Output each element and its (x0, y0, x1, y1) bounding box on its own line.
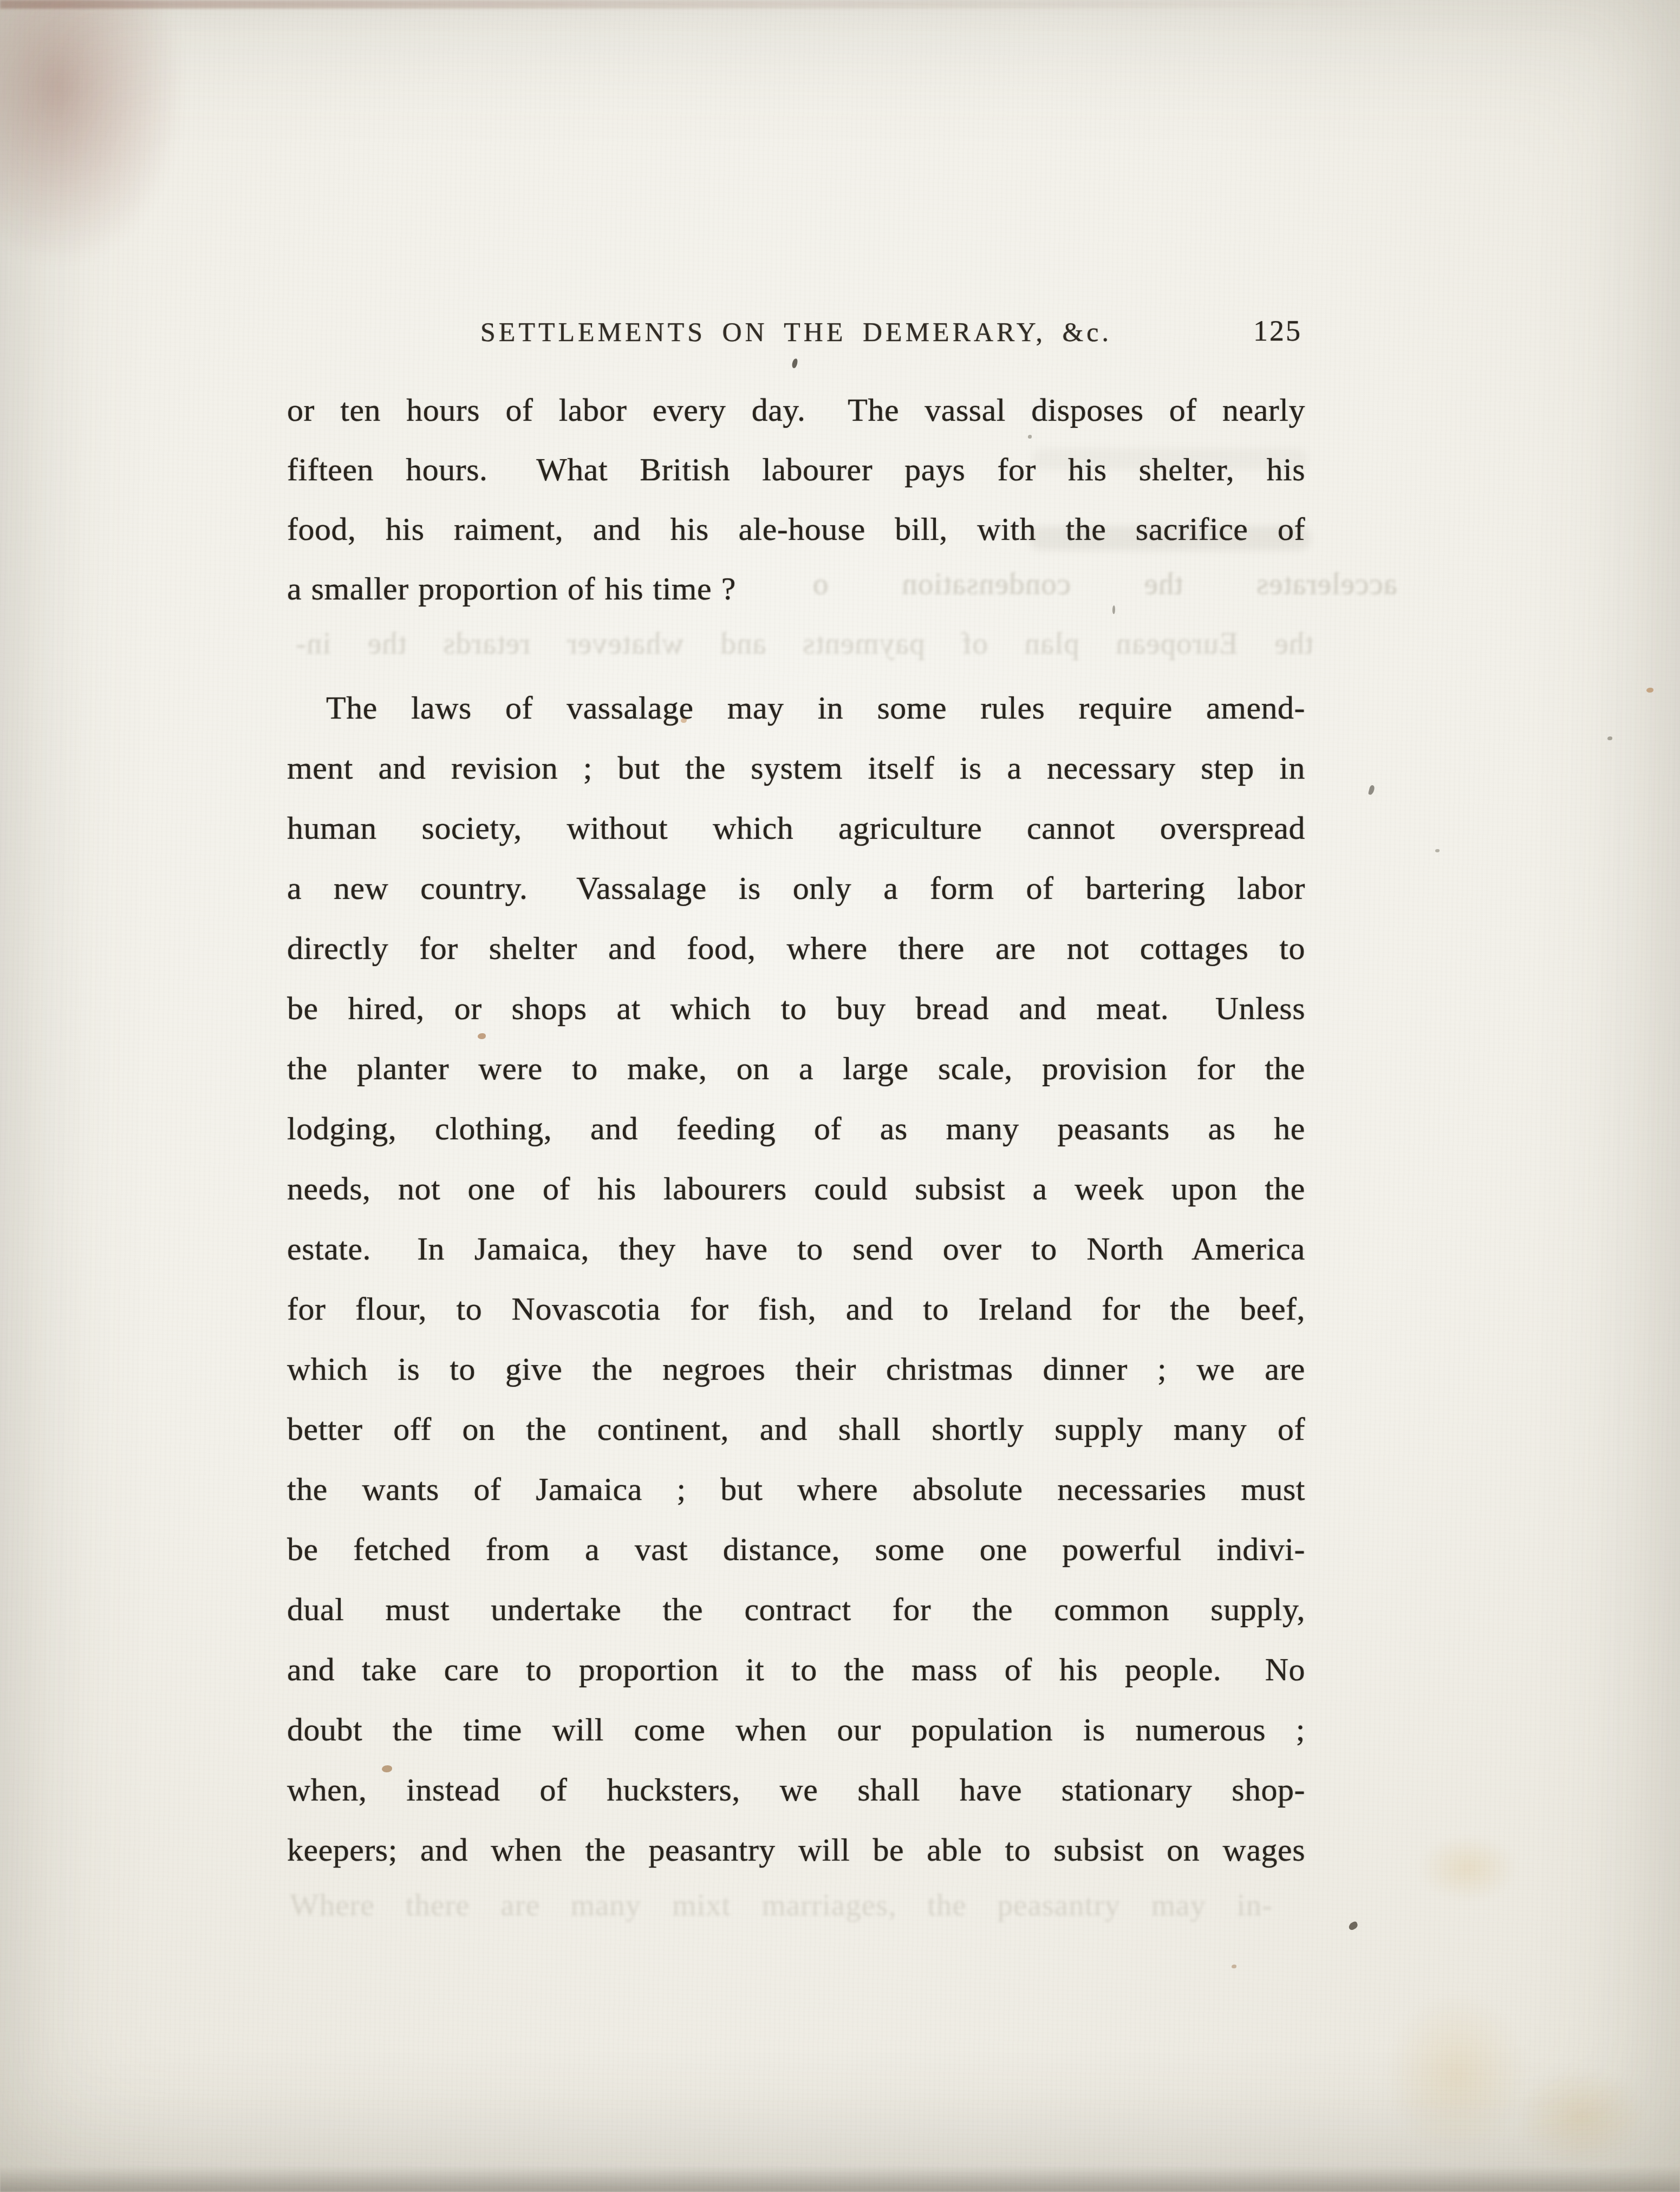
text-line: the wants of Jamaica ; but where absolut… (287, 1459, 1305, 1519)
text-line: needs, not one of his labourers could su… (287, 1159, 1305, 1219)
text-line: doubt the time will come when our popula… (287, 1700, 1305, 1760)
scan-edge-shadow-top (0, 0, 1598, 9)
text-line: lodging, clothing, and feeding of as man… (287, 1099, 1305, 1159)
speck (478, 1033, 486, 1039)
speck (1347, 1921, 1359, 1930)
text-line: the planter were to make, on a large sca… (287, 1039, 1305, 1099)
text-line: when, instead of hucksters, we shall hav… (287, 1760, 1305, 1820)
text-line: keepers; and when the peasantry will be … (287, 1820, 1305, 1880)
speck (1435, 849, 1440, 852)
speck (791, 358, 798, 368)
text-line: food, his raiment, and his ale-house bil… (287, 499, 1305, 559)
text-line: or ten hours of labor every day. The vas… (287, 380, 1305, 440)
show-through-line: the European plan of payments and whatev… (295, 626, 1313, 662)
header-title: SETTLEMENTS ON THE DEMERARY, &c. (287, 316, 1305, 348)
text-line: directly for shelter and food, where the… (287, 918, 1305, 978)
paragraph: The laws of vassalage may in some rules … (287, 678, 1305, 1880)
speck (1232, 1965, 1236, 1968)
text-line: a smaller proportion of his time ? (287, 559, 1305, 618)
stain (1516, 2069, 1646, 2166)
speck (1646, 688, 1653, 693)
scan-edge-shadow-bottom (0, 2166, 1680, 2192)
speck (1368, 785, 1375, 795)
scan-corner-shadow (0, 0, 184, 265)
text-line: be fetched from a vast distance, some on… (287, 1519, 1305, 1580)
text-line: The laws of vassalage may in some rules … (287, 678, 1305, 738)
text-line: be hired, or shops at which to buy bread… (287, 978, 1305, 1039)
text-line: a new country. Vassalage is only a form … (287, 858, 1305, 918)
speck (1028, 435, 1032, 439)
text-line: estate. In Jamaica, they have to send ov… (287, 1219, 1305, 1279)
text-line: human society, without which agriculture… (287, 798, 1305, 858)
stain (1419, 1836, 1516, 1901)
text-line: fifteen hours. What British labourer pay… (287, 440, 1305, 499)
text-line: for flour, to Novascotia for fish, and t… (287, 1279, 1305, 1339)
text-line: better off on the continent, and shall s… (287, 1399, 1305, 1459)
speck (1607, 736, 1612, 740)
paragraph: or ten hours of labor every day. The vas… (287, 380, 1305, 618)
speck (681, 718, 687, 723)
show-through-line: Where there are many mixt marriages, the… (290, 1888, 1273, 1923)
stain (1386, 1993, 1527, 2155)
text-line: which is to give the negroes their chris… (287, 1339, 1305, 1399)
text-line: dual must undertake the contract for the… (287, 1580, 1305, 1640)
running-header: SETTLEMENTS ON THE DEMERARY, &c. 125 (287, 316, 1305, 354)
text-line: ment and revision ; but the system itsel… (287, 738, 1305, 798)
speck (382, 1765, 392, 1772)
text-line: and take care to proportion it to the ma… (287, 1640, 1305, 1700)
speck (1112, 605, 1115, 614)
page-number: 125 (1253, 314, 1302, 348)
book-page-scan: accelerates the condensation o the Europ… (0, 0, 1680, 2192)
